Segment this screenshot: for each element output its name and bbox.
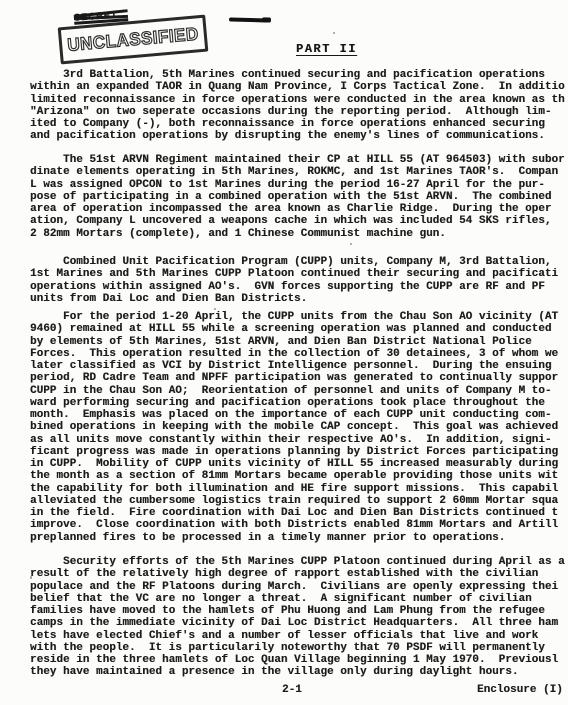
paragraph-1: 3rd Battalion, 5th Marines continued sec…: [30, 69, 567, 143]
scan-speck: [214, 308, 216, 310]
ink-mark-dash: [229, 17, 268, 22]
page-title: PART II: [296, 42, 357, 56]
paragraph-3: Combined Unit Pacification Program (CUPP…: [30, 256, 567, 305]
page-number: 2-1: [282, 684, 302, 696]
enclosure-label: Enclosure (I): [477, 684, 563, 696]
paragraph-2: The 51st ARVN Regiment maintained their …: [30, 154, 567, 240]
scan-speck: [333, 32, 335, 34]
paragraph-5: Security efforts of the 5th Marines CUPP…: [30, 556, 567, 679]
scan-speck: [76, 646, 79, 648]
scan-speck: [350, 243, 352, 245]
scan-speck: [30, 576, 32, 579]
document-page: UNCLASSIFIED SECRET PART II 3rd Battalio…: [0, 0, 568, 705]
paragraph-4: For the period 1-20 April, the CUPP unit…: [30, 311, 567, 544]
unclassified-stamp-text: UNCLASSIFIED: [67, 23, 200, 55]
